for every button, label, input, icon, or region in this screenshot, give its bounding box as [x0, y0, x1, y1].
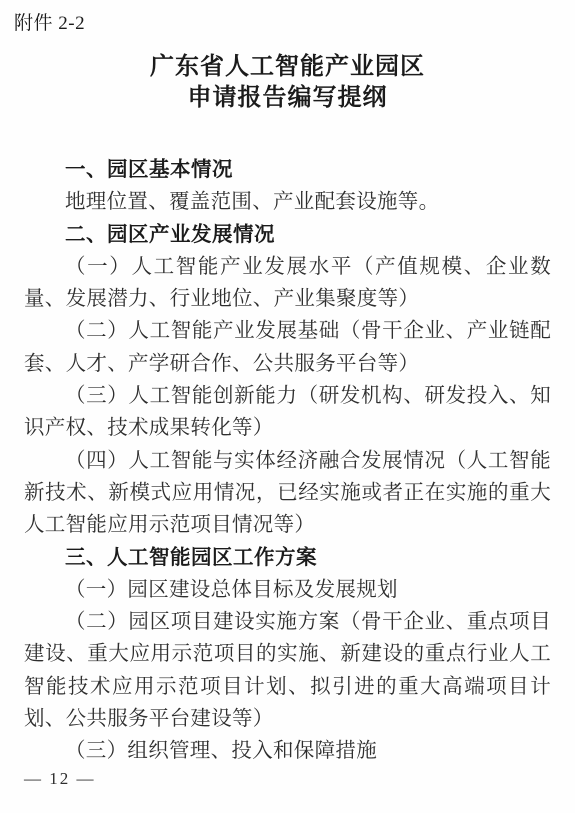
paragraph: （一）人工智能产业发展水平（产值规模、企业数量、发展潜力、行业地位、产业集聚度等… — [24, 251, 551, 316]
attachment-label: 附件 2-2 — [14, 12, 575, 36]
section-heading: 三、人工智能园区工作方案 — [24, 542, 551, 574]
section-heading: 二、园区产业发展情况 — [24, 219, 551, 251]
page-number: — 12 — — [24, 769, 96, 789]
document-title-line-2: 申请报告编写提纲 — [0, 82, 575, 113]
paragraph: 地理位置、覆盖范围、产业配套设施等。 — [24, 186, 551, 218]
section-heading: 一、园区基本情况 — [24, 154, 551, 186]
paragraph: （三）人工智能创新能力（研发机构、研发投入、知识产权、技术成果转化等） — [24, 380, 551, 445]
paragraph: （四）人工智能与实体经济融合发展情况（人工智能新技术、新模式应用情况，已经实施或… — [24, 445, 551, 542]
document-body: 一、园区基本情况地理位置、覆盖范围、产业配套设施等。二、园区产业发展情况（一）人… — [24, 154, 551, 768]
document-title-line-1: 广东省人工智能产业园区 — [0, 51, 575, 82]
document-page: 附件 2-2 广东省人工智能产业园区 申请报告编写提纲 一、园区基本情况地理位置… — [0, 0, 575, 813]
paragraph: （一）园区建设总体目标及发展规划 — [24, 574, 551, 606]
document-title: 广东省人工智能产业园区 申请报告编写提纲 — [0, 51, 575, 113]
paragraph: （二）园区项目建设实施方案（骨干企业、重点项目建设、重大应用示范项目的实施、新建… — [24, 606, 551, 735]
paragraph: （二）人工智能产业发展基础（骨干企业、产业链配套、人才、产学研合作、公共服务平台… — [24, 315, 551, 380]
paragraph: （三）组织管理、投入和保障措施 — [24, 735, 551, 767]
